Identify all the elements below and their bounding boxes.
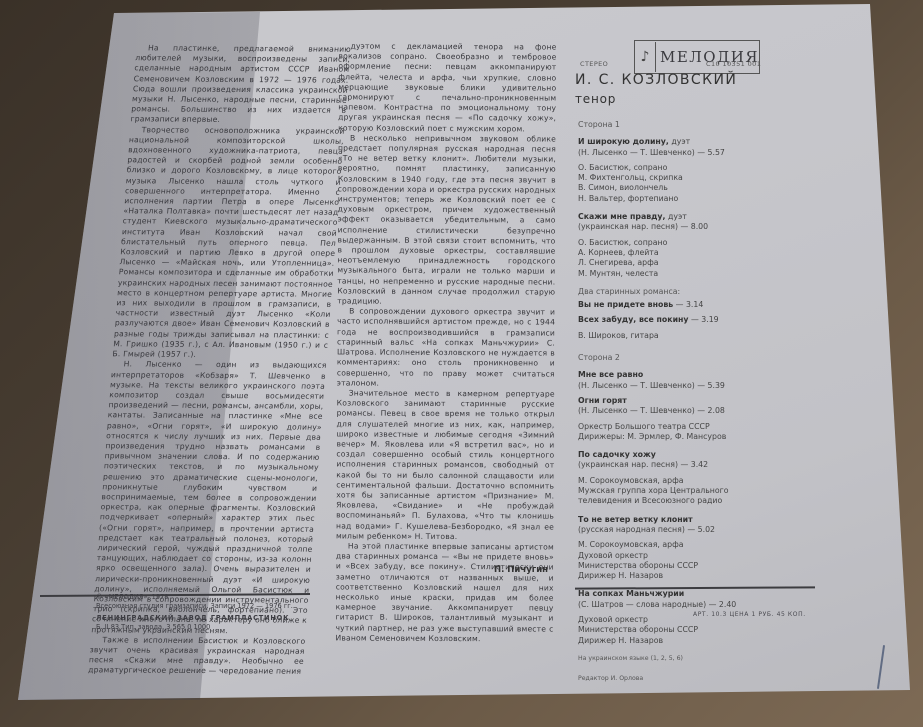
track-title-line: То не ветер ветку клонит xyxy=(578,515,828,525)
performer: В. Широков, гитара xyxy=(578,331,828,341)
liner-paragraph: Также в исполнении Басистюк и Козловског… xyxy=(88,635,306,677)
track-title: Вы не придете вновь xyxy=(578,300,673,309)
performer: О. Басистюк, сопрано xyxy=(578,163,828,173)
track-title-line: И широкую долину, дуэт xyxy=(578,137,828,147)
record-sleeve-back: На пластинке, предлагаемой вниманию люби… xyxy=(0,0,923,727)
track: Огни горят(Н. Лысенко — Т. Шевченко) — 2… xyxy=(578,396,828,417)
performer: М. Мунтян, челеста xyxy=(578,269,828,279)
plant-name: ЛЕНИНГРАДСКИЙ ЗАВОД ГРАМПЛАСТИНОК xyxy=(96,614,293,623)
performers: В. Широков, гитара xyxy=(578,331,828,341)
track: Скажи мне правду, дуэт(украинская нар. п… xyxy=(578,212,828,233)
track-title-line: На сопках Маньчжурии xyxy=(578,589,828,599)
artist-name: И. С. КОЗЛОВСКИЙ xyxy=(575,72,737,88)
track: То не ветер ветку клонит(русская народна… xyxy=(578,515,828,536)
track-type: дуэт xyxy=(665,212,686,221)
artist-voice: тенор xyxy=(575,92,616,106)
track-info: — 3.19 xyxy=(689,315,719,324)
performers: Духовой оркестрМинистерства обороны СССР… xyxy=(578,615,828,646)
track: Мне все равно(Н. Лысенко — Т. Шевченко) … xyxy=(578,370,828,391)
track-info: (С. Шатров — слова народные) — 2.40 xyxy=(578,600,828,610)
track-title-line: Мне все равно xyxy=(578,370,828,380)
performer: В. Симон, виолончель xyxy=(578,183,828,193)
liner-paragraph: На пластинке, предлагаемой вниманию люби… xyxy=(130,43,351,126)
performer: Дирижер Н. Назаров xyxy=(578,571,828,581)
track: И широкую долину, дуэт(Н. Лысенко — Т. Ш… xyxy=(578,137,828,158)
performer: М. Фихтенгольц, скрипка xyxy=(578,173,828,183)
melodiya-logo-icon: ♪ xyxy=(635,42,656,72)
track-title: Скажи мне правду, xyxy=(578,212,665,221)
studio-info: Всесоюзная студия грамзаписи. Записи 197… xyxy=(96,602,293,611)
performer: М. Сорокоумовская, арфа xyxy=(578,540,828,550)
performer: О. Басистюк, сопрано xyxy=(578,238,828,248)
side-label: Сторона 1 xyxy=(578,120,828,130)
track-title: Всех забуду, все покину xyxy=(578,315,689,324)
performer: Л. Снегирева, арфа xyxy=(578,258,828,268)
track-info: (русская народная песня) — 5.02 xyxy=(578,525,828,535)
stereo-label: СТЕРЕО xyxy=(580,60,608,68)
track-title: Мне все равно xyxy=(578,370,643,379)
performer: Оркестр Большого театра СССР xyxy=(578,422,828,432)
track-info: (украинская нар. песня) — 3.42 xyxy=(578,460,828,470)
liner-paragraph: В несколько непривычном звуковом облике … xyxy=(337,133,556,308)
performer: А. Корнеев, флейта xyxy=(578,248,828,258)
track-info: (Н. Лысенко — Т. Шевченко) — 5.57 xyxy=(578,148,828,158)
language-note: На украинском языке (1, 2, 5, 6) xyxy=(578,654,828,664)
track: Вы не придете вновь — 3.14 xyxy=(578,300,828,310)
track-info: (украинская нар. песня) — 8.00 xyxy=(578,222,828,232)
performer: Министерства обороны СССР xyxy=(578,561,828,571)
track: На сопках Маньчжурии(С. Шатров — слова н… xyxy=(578,589,828,610)
track-type: дуэт xyxy=(669,137,690,146)
print-info: Б. II.83 Тип. завода. 3 565 0 1000 xyxy=(96,623,293,632)
track-info: — 3.14 xyxy=(673,300,703,309)
performers: О. Басистюк, сопраноМ. Фихтенгольц, скри… xyxy=(578,163,828,204)
performers: Оркестр Большого театра СССРДирижеры: М.… xyxy=(578,422,828,443)
track-info: (Н. Лысенко — Т. Шевченко) — 2.08 xyxy=(578,406,828,416)
track-title: Огни горят xyxy=(578,396,627,405)
liner-paragraph: дуэтом с декламацией тенора на фоне вока… xyxy=(338,41,556,134)
copyright: © «МЕЛОДИЯ», 1978 xyxy=(96,593,293,602)
liner-paragraph: В сопровождении духового оркестра звучит… xyxy=(337,307,555,390)
performer: Н. Вальтер, фортепиано xyxy=(578,194,828,204)
imprint: © «МЕЛОДИЯ», 1978 Всесоюзная студия грам… xyxy=(96,593,293,632)
group-heading: Два старинных романса: xyxy=(578,287,828,297)
performer: Министерства обороны СССР xyxy=(578,625,828,635)
track-title: И широкую долину, xyxy=(578,137,669,146)
performer: телевидения и Всесоюзного радио xyxy=(578,496,828,506)
melodiya-logo: ♪ МЕЛОДИЯ xyxy=(634,40,760,74)
performer: Дирижеры: М. Эрмлер, Ф. Мансуров xyxy=(578,432,828,442)
track-list: Сторона 1И широкую долину, дуэт(Н. Лысен… xyxy=(578,120,828,684)
liner-paragraph: Значительное место в камерном репертуаре… xyxy=(336,388,555,542)
liner-notes-column-2: дуэтом с декламацией тенора на фоне вока… xyxy=(335,41,556,644)
performers: О. Басистюк, сопраноА. Корнеев, флейтаЛ.… xyxy=(578,238,828,279)
price: АРТ. 10.3 ЦЕНА 1 РУБ. 45 КОП. xyxy=(693,611,806,618)
track-title-line: По садочку хожу xyxy=(578,450,828,460)
track-title: На сопках Маньчжурии xyxy=(578,589,684,598)
track-title: По садочку хожу xyxy=(578,450,656,459)
track-title: То не ветер ветку клонит xyxy=(578,515,693,524)
track: Всех забуду, все покину — 3.19 xyxy=(578,315,828,325)
editor-credit: Редактор И. Орлова xyxy=(578,674,828,684)
performer: М. Сорокоумовская, арфа xyxy=(578,476,828,486)
catalog-number: С10 10351 001 xyxy=(706,60,761,68)
liner-paragraph: Творчество основоположника украинской на… xyxy=(112,125,345,361)
liner-notes-author: П. Пичугин xyxy=(494,565,548,575)
track: По садочку хожу(украинская нар. песня) —… xyxy=(578,450,828,471)
performer: Мужская группа хора Центрального xyxy=(578,486,828,496)
performers: М. Сорокоумовская, арфаДуховой оркестрМи… xyxy=(578,540,828,581)
track-info: (Н. Лысенко — Т. Шевченко) — 5.39 xyxy=(578,381,828,391)
track-title-line: Скажи мне правду, дуэт xyxy=(578,212,828,222)
performer: Дирижер Н. Назаров xyxy=(578,636,828,646)
side-label: Сторона 2 xyxy=(578,353,828,363)
performers: М. Сорокоумовская, арфаМужская группа хо… xyxy=(578,476,828,507)
performer: Духовой оркестр xyxy=(578,551,828,561)
liner-paragraph: На этой пластинке впервые записаны артис… xyxy=(335,541,554,644)
track-title-line: Огни горят xyxy=(578,396,828,406)
